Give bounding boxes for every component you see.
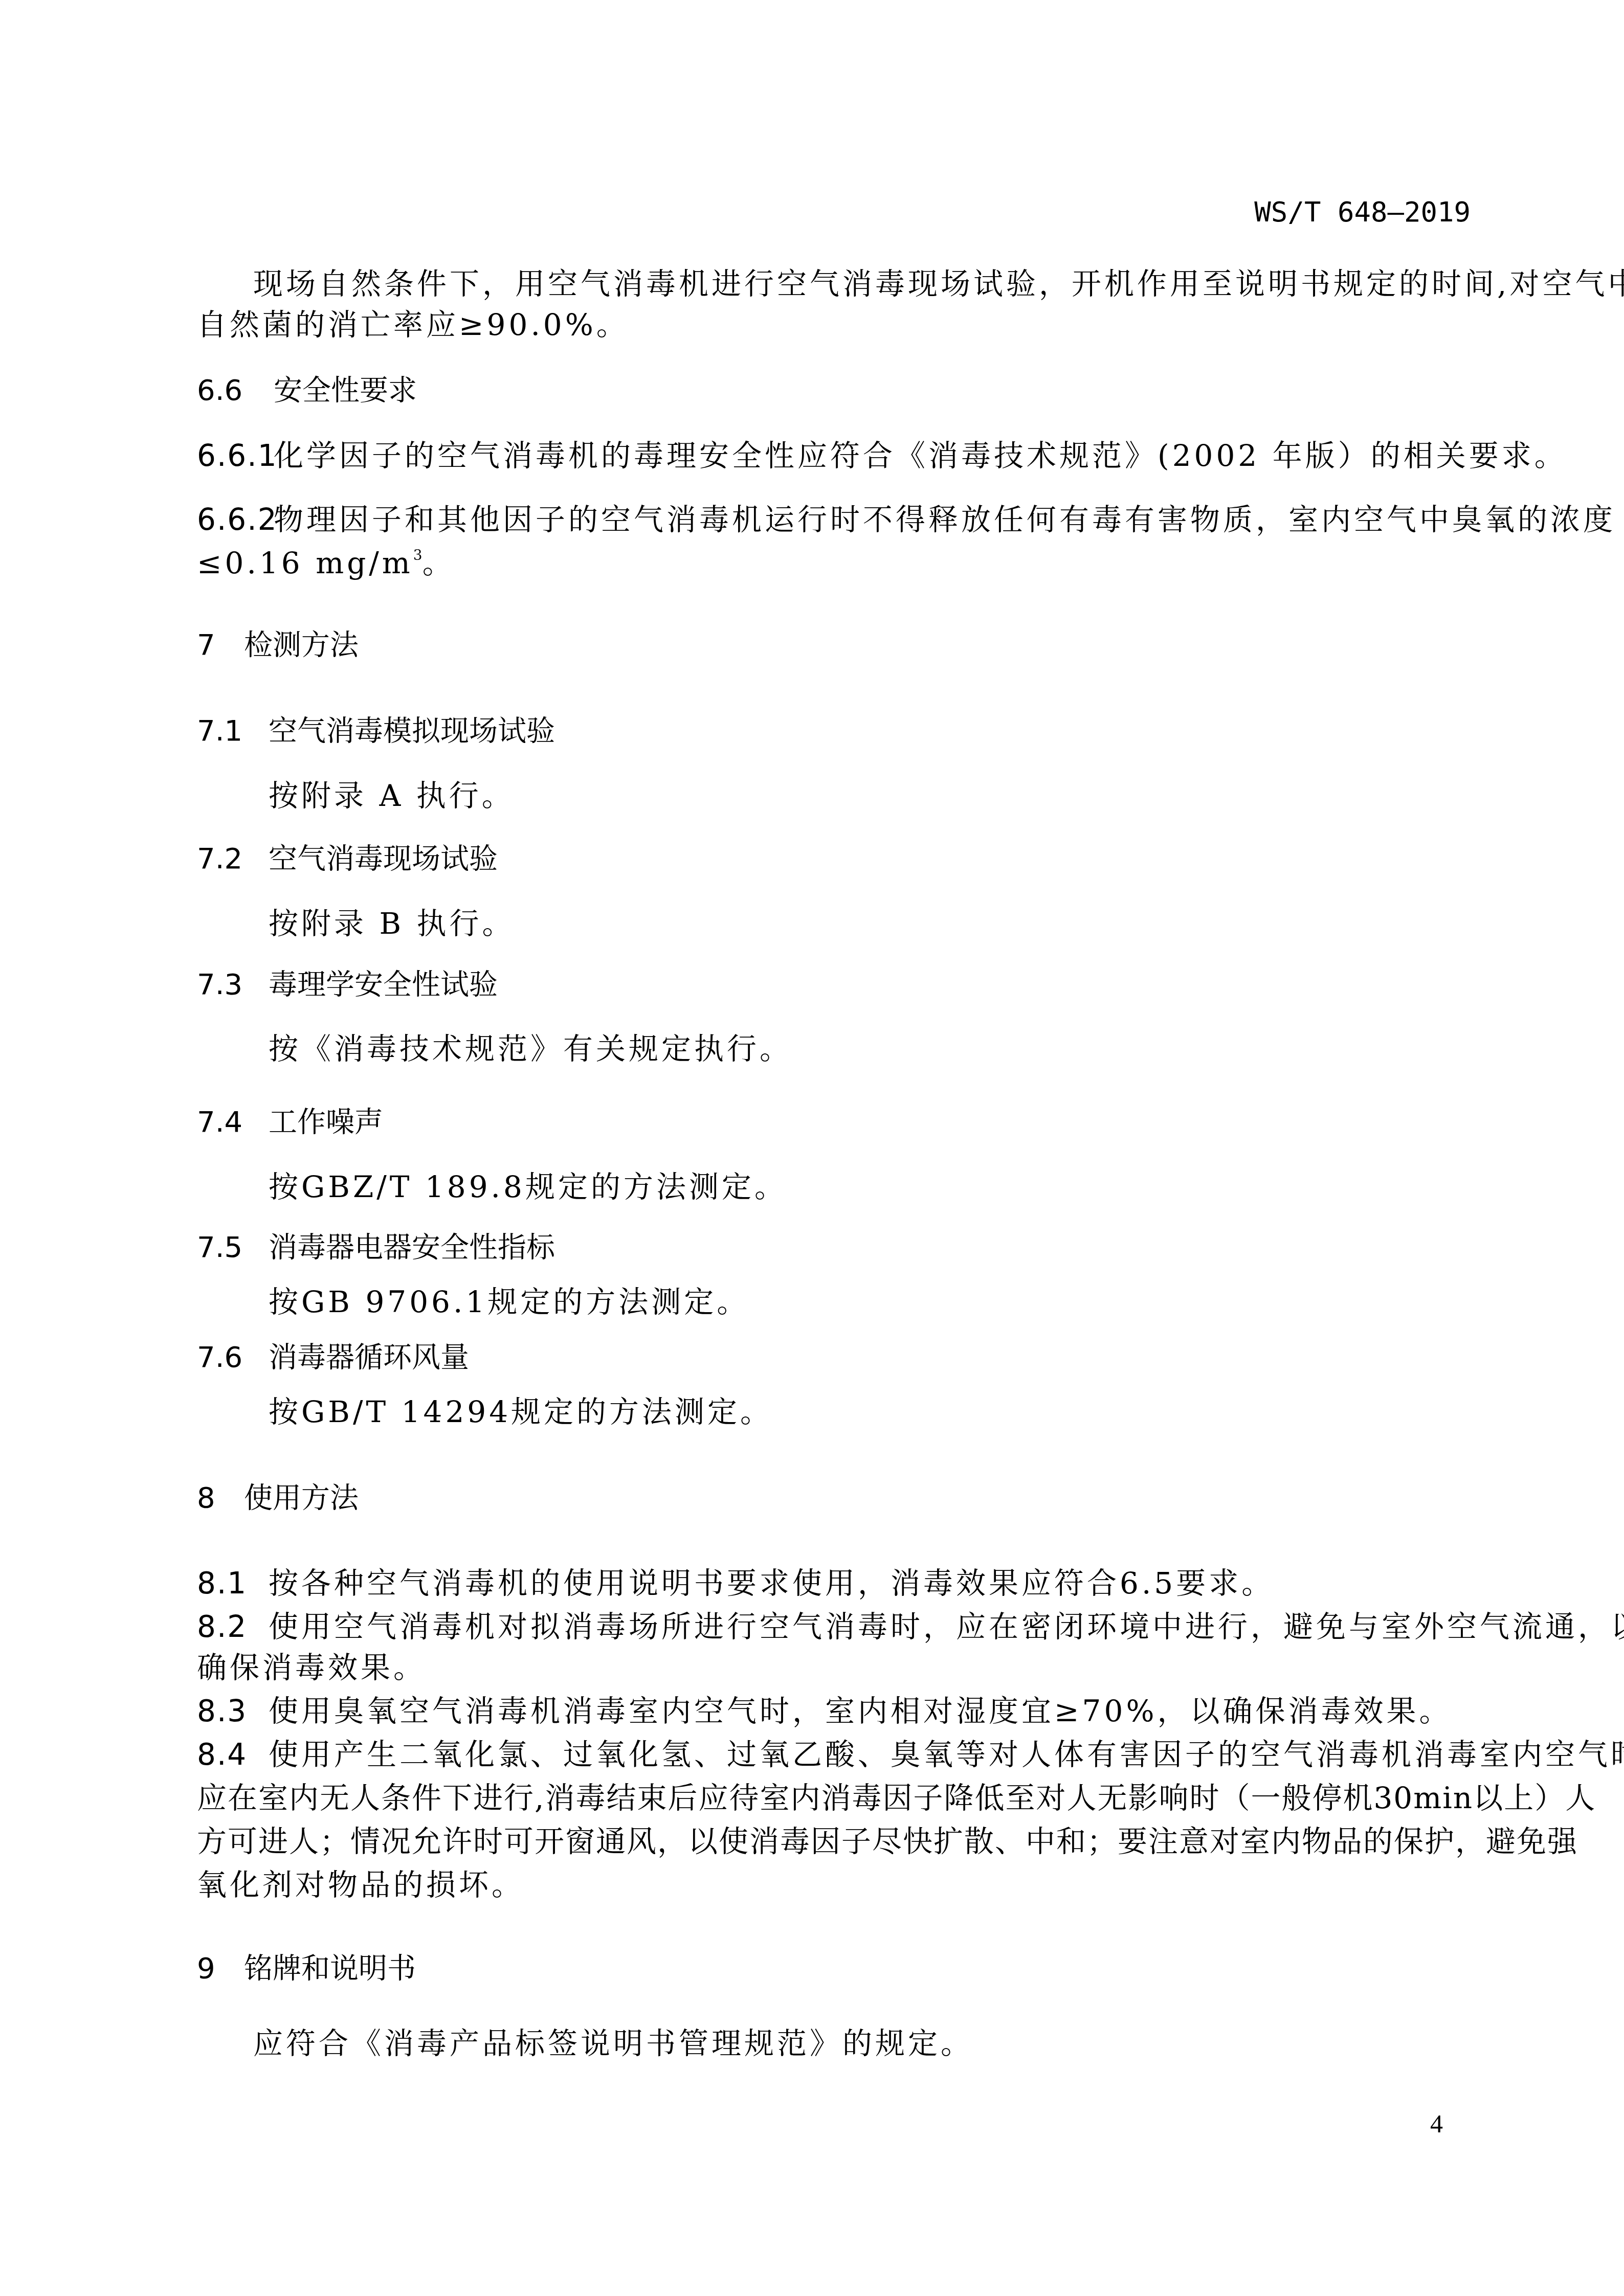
clause-text: 使用空气消毒机对拟消毒场所进行空气消毒时，应在密闭环境中进行，避免与室外空气流通… bbox=[269, 1609, 1624, 1644]
section-heading-9: 9铭牌和说明书 bbox=[197, 1954, 416, 1983]
paragraph-line: 现场自然条件下，用空气消毒机进行空气消毒现场试验，开机作用至说明书规定的时间,对… bbox=[253, 269, 1471, 299]
section-heading-7: 7检测方法 bbox=[197, 631, 359, 660]
section-heading-8: 8使用方法 bbox=[197, 1484, 359, 1513]
section-title: 使用方法 bbox=[244, 1481, 359, 1515]
clause-number: 8.2 bbox=[197, 1612, 269, 1641]
section-number: 7.5 bbox=[197, 1233, 269, 1262]
section-number: 6.6 bbox=[197, 376, 274, 405]
paragraph-line: 氧化剂对物品的损坏。 bbox=[197, 1870, 524, 1900]
clause-number: 8.1 bbox=[197, 1568, 269, 1598]
section-number: 7.1 bbox=[197, 717, 269, 746]
section-number: 8 bbox=[197, 1484, 244, 1513]
subsection-body: 按附录 A 执行。 bbox=[269, 781, 515, 811]
section-title: 安全性要求 bbox=[274, 374, 417, 407]
ozone-limit: ≤0.16 mg/m bbox=[197, 546, 413, 580]
clause-number: 6.6.2 bbox=[197, 505, 274, 534]
section-title: 工作噪声 bbox=[269, 1106, 383, 1139]
subsection-body: 按GB 9706.1规定的方法测定。 bbox=[269, 1287, 749, 1317]
section-title: 消毒器电器安全性指标 bbox=[269, 1231, 555, 1264]
paragraph-line: ≤0.16 mg/m3。 bbox=[197, 548, 455, 578]
clause-number: 8.3 bbox=[197, 1696, 269, 1726]
section-heading-6-6: 6.6安全性要求 bbox=[197, 376, 417, 405]
section-title: 空气消毒模拟现场试验 bbox=[269, 714, 555, 748]
clause-text: 按各种空气消毒机的使用说明书要求使用，消毒效果应符合6.5要求。 bbox=[269, 1566, 1274, 1601]
paragraph-line: 方可进人；情况允许时可开窗通风，以使消毒因子尽快扩散、中和；要注意对室内物品的保… bbox=[197, 1827, 1478, 1856]
section-number: 7.3 bbox=[197, 971, 269, 999]
section-number: 7.4 bbox=[197, 1108, 269, 1137]
clause-text: 化学因子的空气消毒机的毒理安全性应符合《消毒技术规范》(2002 年版）的相关要… bbox=[274, 438, 1567, 473]
paragraph-line: 确保消毒效果。 bbox=[197, 1653, 426, 1682]
clause-8-4: 8.4使用产生二氧化氯、过氧化氢、过氧乙酸、臭氧等对人体有害因子的空气消毒机消毒… bbox=[197, 1740, 1478, 1769]
subsection-heading-7-1: 7.1空气消毒模拟现场试验 bbox=[197, 717, 555, 746]
clause-6-6-2: 6.6.2物理因子和其他因子的空气消毒机运行时不得释放任何有毒有害物质，室内空气… bbox=[197, 505, 1478, 534]
paragraph-line: 自然菌的消亡率应≥90.0%。 bbox=[197, 310, 629, 340]
section-title: 检测方法 bbox=[244, 628, 359, 662]
clause-text: 使用臭氧空气消毒机消毒室内空气时，室内相对湿度宜≥70%，以确保消毒效果。 bbox=[269, 1694, 1452, 1728]
clause-6-6-1: 6.6.1化学因子的空气消毒机的毒理安全性应符合《消毒技术规范》(2002 年版… bbox=[197, 441, 1567, 470]
section-number: 7.2 bbox=[197, 845, 269, 873]
clause-number: 6.6.1 bbox=[197, 441, 274, 470]
section-number: 9 bbox=[197, 1954, 244, 1983]
subsection-heading-7-5: 7.5消毒器电器安全性指标 bbox=[197, 1233, 555, 1262]
section-body: 应符合《消毒产品标签说明书管理规范》的规定。 bbox=[253, 2029, 973, 2058]
period: 。 bbox=[422, 546, 455, 580]
section-title: 消毒器循环风量 bbox=[269, 1341, 469, 1374]
subsection-heading-7-2: 7.2空气消毒现场试验 bbox=[197, 845, 498, 873]
section-number: 7.6 bbox=[197, 1343, 269, 1372]
clause-8-2: 8.2使用空气消毒机对拟消毒场所进行空气消毒时，应在密闭环境中进行，避免与室外空… bbox=[197, 1612, 1478, 1641]
clause-text: 物理因子和其他因子的空气消毒机运行时不得释放任何有毒有害物质，室内空气中臭氧的浓… bbox=[274, 502, 1616, 537]
section-title: 毒理学安全性试验 bbox=[269, 968, 498, 1001]
paragraph-line: 应在室内无人条件下进行,消毒结束后应待室内消毒因子降低至对人无影响时（一般停机3… bbox=[197, 1783, 1478, 1813]
subsection-heading-7-6: 7.6消毒器循环风量 bbox=[197, 1343, 469, 1372]
page-number: 4 bbox=[1430, 2111, 1443, 2136]
subsection-heading-7-4: 7.4工作噪声 bbox=[197, 1108, 383, 1137]
subsection-body: 按《消毒技术规范》有关规定执行。 bbox=[269, 1034, 792, 1064]
clause-8-1: 8.1按各种空气消毒机的使用说明书要求使用，消毒效果应符合6.5要求。 bbox=[197, 1568, 1274, 1598]
subsection-heading-7-3: 7.3毒理学安全性试验 bbox=[197, 971, 498, 999]
section-number: 7 bbox=[197, 631, 244, 660]
superscript: 3 bbox=[413, 547, 422, 564]
clause-number: 8.4 bbox=[197, 1740, 269, 1769]
subsection-body: 按GB/T 14294规定的方法测定。 bbox=[269, 1397, 773, 1427]
document-code: WS/T 648—2019 bbox=[1254, 198, 1471, 226]
section-title: 铭牌和说明书 bbox=[244, 1952, 416, 1985]
clause-text: 使用产生二氧化氯、过氧化氢、过氧乙酸、臭氧等对人体有害因子的空气消毒机消毒室内空… bbox=[269, 1737, 1624, 1772]
section-title: 空气消毒现场试验 bbox=[269, 842, 498, 875]
subsection-body: 按GBZ/T 189.8规定的方法测定。 bbox=[269, 1172, 787, 1202]
clause-8-3: 8.3使用臭氧空气消毒机消毒室内空气时，室内相对湿度宜≥70%，以确保消毒效果。 bbox=[197, 1696, 1452, 1726]
subsection-body: 按附录 B 执行。 bbox=[269, 909, 515, 938]
